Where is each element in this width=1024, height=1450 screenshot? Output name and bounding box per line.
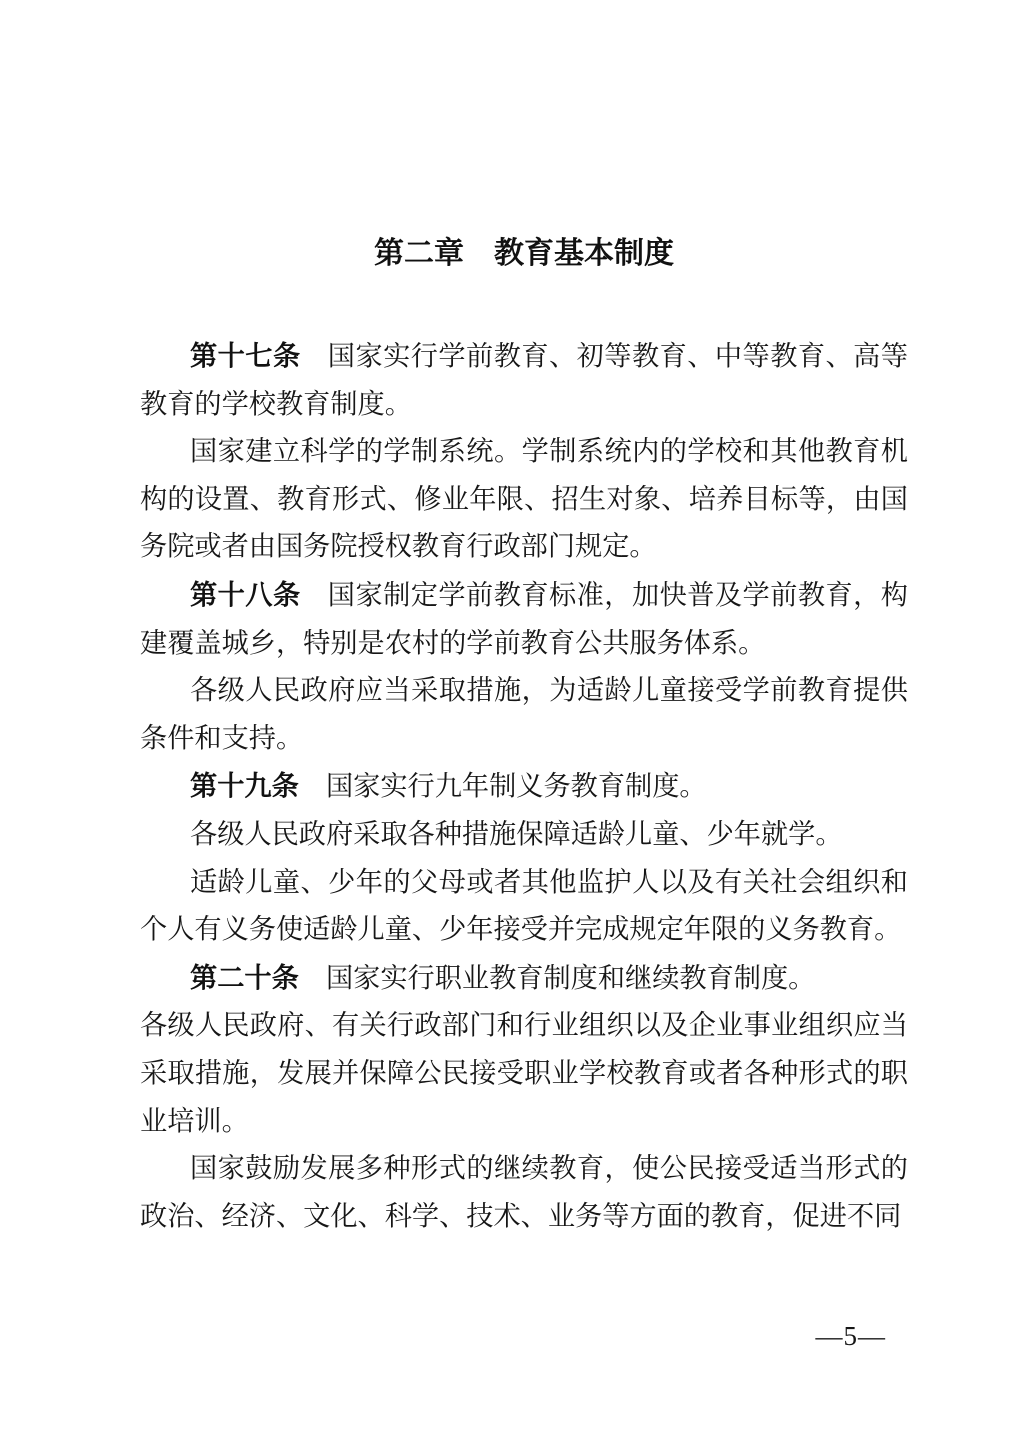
body-paragraph: 各级人民政府、有关行政部门和行业组织以及企业事业组织应当采取措施，发展并保障公民… (140, 1002, 908, 1145)
article-number: 第十七条 (190, 340, 301, 371)
paragraph-text: 各级人民政府应当采取措施，为适龄儿童接受学前教育提供条件和支持。 (140, 675, 908, 753)
article-number: 第十八条 (190, 579, 301, 610)
paragraph-text: 国家实行九年制义务教育制度。 (326, 771, 707, 801)
body-paragraph: 各级人民政府应当采取措施，为适龄儿童接受学前教育提供条件和支持。 (140, 667, 908, 762)
article-paragraph: 第十九条国家实行九年制义务教育制度。 (140, 762, 908, 811)
article-number: 第二十条 (190, 962, 299, 993)
chapter-heading: 第二章 教育基本制度 (140, 236, 908, 272)
paragraph-text: 国家鼓励发展多种形式的继续教育，使公民接受适当形式的政治、经济、文化、科学、技术… (140, 1153, 908, 1231)
paragraph-text: 国家建立科学的学制系统。学制系统内的学校和其他教育机构的设置、教育形式、修业年限… (140, 436, 908, 561)
body-paragraph: 国家鼓励发展多种形式的继续教育，使公民接受适当形式的政治、经济、文化、科学、技术… (140, 1145, 908, 1240)
article-paragraph: 第十七条国家实行学前教育、初等教育、中等教育、高等教育的学校教育制度。 (140, 332, 908, 428)
body-paragraph: 国家建立科学的学制系统。学制系统内的学校和其他教育机构的设置、教育形式、修业年限… (140, 428, 908, 571)
paragraph-text: 各级人民政府、有关行政部门和行业组织以及企业事业组织应当采取措施，发展并保障公民… (140, 1010, 908, 1135)
article-number: 第十九条 (190, 770, 299, 801)
document-page: 第二章 教育基本制度 第十七条国家实行学前教育、初等教育、中等教育、高等教育的学… (0, 0, 1024, 1450)
text-block: 第二章 教育基本制度 第十七条国家实行学前教育、初等教育、中等教育、高等教育的学… (140, 236, 908, 1240)
page-number: —5— (816, 1318, 887, 1354)
paragraph-text: 各级人民政府采取各种措施保障适龄儿童、少年就学。 (190, 819, 843, 849)
article-paragraph: 第二十条国家实行职业教育制度和继续教育制度。 (140, 954, 908, 1003)
body-paragraph: 适龄儿童、少年的父母或者其他监护人以及有关社会组织和个人有义务使适龄儿童、少年接… (140, 859, 908, 954)
body-paragraph: 各级人民政府采取各种措施保障适龄儿童、少年就学。 (140, 811, 908, 859)
paragraph-text: 适龄儿童、少年的父母或者其他监护人以及有关社会组织和个人有义务使适龄儿童、少年接… (140, 867, 908, 945)
article-paragraph: 第十八条国家制定学前教育标准，加快普及学前教育，构建覆盖城乡，特别是农村的学前教… (140, 571, 908, 667)
paragraph-text: 国家实行职业教育制度和继续教育制度。 (326, 963, 815, 993)
